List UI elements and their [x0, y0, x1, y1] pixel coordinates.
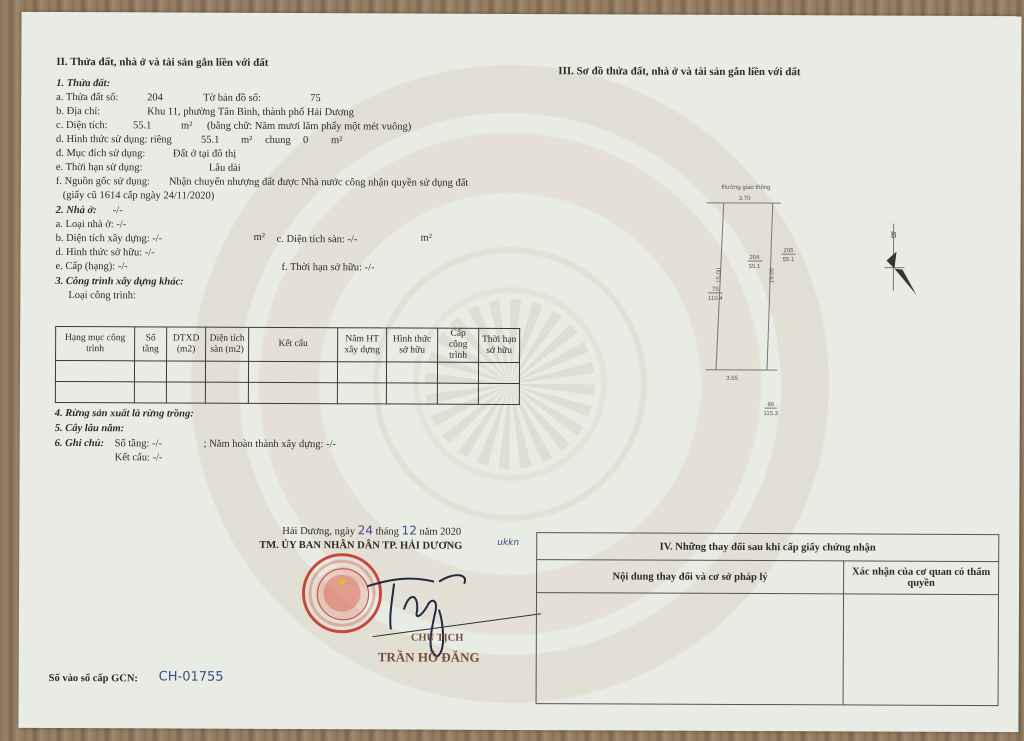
bottom-width: 3.65: [726, 376, 738, 382]
signer-name: TRẦN HỒ ĐĂNG: [378, 649, 480, 665]
month-label: tháng: [376, 526, 399, 537]
date-prefix: Hải Dương, ngày: [282, 526, 355, 537]
parcel-area: 55.1: [749, 264, 761, 270]
land-certificate-page: II. Thửa đất, nhà ở và tài sản gắn liền …: [18, 12, 1021, 732]
neighbor-left-no: 75: [712, 287, 719, 293]
registry-label: Số vào sổ cấp GCN:: [49, 672, 138, 685]
north-label: B: [891, 230, 897, 240]
handwritten-initials: ukkn: [497, 538, 519, 548]
neighbor-bottom-area: 115.3: [764, 411, 779, 417]
neighbor-right-area: 55.1: [783, 257, 795, 263]
neighbor-right-no: 205: [784, 248, 795, 254]
changes-content-cell: [536, 593, 843, 705]
changes-col-content: Nội dung thay đổi và cơ sở pháp lý: [537, 560, 844, 594]
right-side-length: 15.00: [769, 267, 775, 283]
registry-value: CH-01755: [159, 669, 224, 684]
issue-date: Hải Dương, ngày 24 tháng 12 năm 2020: [282, 524, 461, 539]
date-month: 12: [402, 523, 417, 537]
changes-table: IV. Những thay đổi sau khi cấp giấy chứn…: [536, 532, 1000, 706]
neighbor-bottom-no: 86: [768, 402, 775, 408]
issuing-authority: TM. ỦY BAN NHÂN DÂN TP. HẢI DƯƠNG: [259, 539, 462, 553]
north-arrow-icon: B: [884, 224, 916, 295]
road-label: Đường giao thông: [722, 185, 771, 191]
changes-col-confirmation: Xác nhận của cơ quan có thẩm quyền: [844, 561, 999, 595]
signer-title: CHỦ TỊCH: [411, 632, 464, 645]
section-4-title: IV. Những thay đổi sau khi cấp giấy chứn…: [537, 533, 999, 562]
top-width: 3.70: [739, 196, 751, 202]
left-side-length: 15.00: [716, 267, 722, 283]
neighbor-left-area: 110.4: [708, 296, 723, 302]
parcel-no: 204: [749, 255, 760, 261]
date-day: 24: [358, 523, 373, 537]
changes-confirmation-cell: [843, 594, 998, 706]
year-label: năm 2020: [419, 527, 461, 538]
